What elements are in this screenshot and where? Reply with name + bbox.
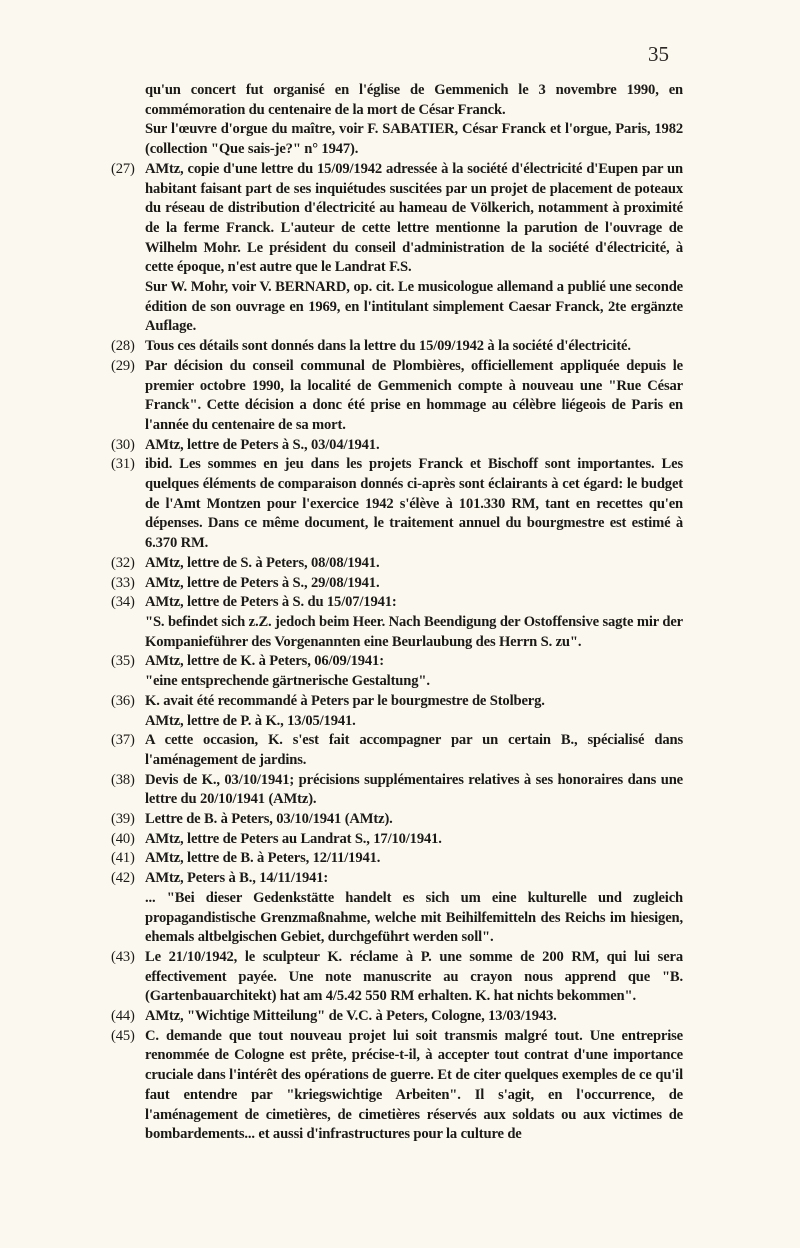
footnote-number: (31) — [111, 455, 145, 554]
footnote-number: (42) — [111, 869, 145, 948]
footnote-paragraph: AMtz, copie d'une lettre du 15/09/1942 a… — [145, 160, 683, 278]
footnote-number: (39) — [111, 810, 145, 830]
footnote-number: (28) — [111, 337, 145, 357]
footnote-paragraph: Le 21/10/1942, le sculpteur K. réclame à… — [145, 948, 683, 1007]
footnote-paragraph: "eine entsprechende gärtnerische Gestalt… — [145, 672, 683, 692]
footnote: (36)K. avait été recommandé à Peters par… — [111, 692, 683, 731]
footnote-number: (37) — [111, 731, 145, 770]
footnote: (31)ibid. Les sommes en jeu dans les pro… — [111, 455, 683, 554]
footnote-number: (30) — [111, 436, 145, 456]
footnote-paragraph: qu'un concert fut organisé en l'église d… — [145, 81, 683, 120]
footnote-paragraph: ibid. Les sommes en jeu dans les projets… — [145, 455, 683, 554]
footnote-number: (38) — [111, 771, 145, 810]
footnote: (30)AMtz, lettre de Peters à S., 03/04/1… — [111, 436, 683, 456]
footnote-number: (32) — [111, 554, 145, 574]
footnote-number: (27) — [111, 160, 145, 337]
footnote-text: Tous ces détails sont donnés dans la let… — [145, 337, 683, 357]
footnote-paragraph: Par décision du conseil communal de Plom… — [145, 357, 683, 436]
footnote-number: (33) — [111, 574, 145, 594]
footnotes-block: qu'un concert fut organisé en l'église d… — [111, 81, 683, 1145]
footnote-paragraph: Devis de K., 03/10/1941; précisions supp… — [145, 771, 683, 810]
footnote: (37)A cette occasion, K. s'est fait acco… — [111, 731, 683, 770]
footnote: (35)AMtz, lettre de K. à Peters, 06/09/1… — [111, 652, 683, 691]
footnote-number: (29) — [111, 357, 145, 436]
footnote-number: (45) — [111, 1027, 145, 1145]
footnote-paragraph: Sur W. Mohr, voir V. BERNARD, op. cit. L… — [145, 278, 683, 337]
footnote-paragraph: C. demande que tout nouveau projet lui s… — [145, 1027, 683, 1145]
footnote-text: AMtz, lettre de Peters au Landrat S., 17… — [145, 830, 683, 850]
footnote-text: Le 21/10/1942, le sculpteur K. réclame à… — [145, 948, 683, 1007]
footnote-paragraph: AMtz, lettre de Peters à S., 03/04/1941. — [145, 436, 683, 456]
footnote-number: (41) — [111, 849, 145, 869]
footnote: (28)Tous ces détails sont donnés dans la… — [111, 337, 683, 357]
footnote-paragraph: Tous ces détails sont donnés dans la let… — [145, 337, 683, 357]
footnote-number: (35) — [111, 652, 145, 691]
footnote-number: (43) — [111, 948, 145, 1007]
footnote-text: AMtz, lettre de K. à Peters, 06/09/1941:… — [145, 652, 683, 691]
footnote-paragraph: AMtz, lettre de Peters à S., 29/08/1941. — [145, 574, 683, 594]
footnote-text: AMtz, Peters à B., 14/11/1941:... "Bei d… — [145, 869, 683, 948]
footnote-paragraph: Sur l'œuvre d'orgue du maître, voir F. S… — [145, 120, 683, 159]
footnote: (44)AMtz, "Wichtige Mitteilung" de V.C. … — [111, 1007, 683, 1027]
footnote-paragraph: A cette occasion, K. s'est fait accompag… — [145, 731, 683, 770]
footnote-text: AMtz, lettre de Peters à S. du 15/07/194… — [145, 593, 683, 652]
footnote-paragraph: K. avait été recommandé à Peters par le … — [145, 692, 683, 712]
footnote: (39)Lettre de B. à Peters, 03/10/1941 (A… — [111, 810, 683, 830]
footnote-paragraph: AMtz, lettre de S. à Peters, 08/08/1941. — [145, 554, 683, 574]
footnote-text: K. avait été recommandé à Peters par le … — [145, 692, 683, 731]
footnote-text: AMtz, lettre de Peters à S., 03/04/1941. — [145, 436, 683, 456]
footnote-paragraph: AMtz, lettre de P. à K., 13/05/1941. — [145, 712, 683, 732]
continued-footnote: qu'un concert fut organisé en l'église d… — [145, 81, 683, 160]
footnote-text: ibid. Les sommes en jeu dans les projets… — [145, 455, 683, 554]
footnote-number: (44) — [111, 1007, 145, 1027]
footnote-text: Devis de K., 03/10/1941; précisions supp… — [145, 771, 683, 810]
footnote-list: (27)AMtz, copie d'une lettre du 15/09/19… — [111, 160, 683, 1145]
footnote: (33)AMtz, lettre de Peters à S., 29/08/1… — [111, 574, 683, 594]
footnote: (43)Le 21/10/1942, le sculpteur K. récla… — [111, 948, 683, 1007]
footnote: (27)AMtz, copie d'une lettre du 15/09/19… — [111, 160, 683, 337]
footnote-paragraph: AMtz, Peters à B., 14/11/1941: — [145, 869, 683, 889]
page-number: 35 — [648, 42, 669, 67]
footnote-text: A cette occasion, K. s'est fait accompag… — [145, 731, 683, 770]
footnote-text: AMtz, lettre de S. à Peters, 08/08/1941. — [145, 554, 683, 574]
footnote-paragraph: AMtz, lettre de K. à Peters, 06/09/1941: — [145, 652, 683, 672]
footnote-paragraph: AMtz, lettre de Peters à S. du 15/07/194… — [145, 593, 683, 613]
footnote-text: C. demande que tout nouveau projet lui s… — [145, 1027, 683, 1145]
footnote-paragraph: AMtz, "Wichtige Mitteilung" de V.C. à Pe… — [145, 1007, 683, 1027]
footnote-paragraph: ... "Bei dieser Gedenkstätte handelt es … — [145, 889, 683, 948]
footnote: (38)Devis de K., 03/10/1941; précisions … — [111, 771, 683, 810]
footnote-text: AMtz, copie d'une lettre du 15/09/1942 a… — [145, 160, 683, 337]
footnote: (42)AMtz, Peters à B., 14/11/1941:... "B… — [111, 869, 683, 948]
footnote-text: AMtz, lettre de Peters à S., 29/08/1941. — [145, 574, 683, 594]
footnote-paragraph: AMtz, lettre de B. à Peters, 12/11/1941. — [145, 849, 683, 869]
footnote-number: (36) — [111, 692, 145, 731]
footnote-number: (40) — [111, 830, 145, 850]
footnote-text: AMtz, "Wichtige Mitteilung" de V.C. à Pe… — [145, 1007, 683, 1027]
footnote: (45)C. demande que tout nouveau projet l… — [111, 1027, 683, 1145]
footnote-text: AMtz, lettre de B. à Peters, 12/11/1941. — [145, 849, 683, 869]
footnote: (32)AMtz, lettre de S. à Peters, 08/08/1… — [111, 554, 683, 574]
footnote-text: Par décision du conseil communal de Plom… — [145, 357, 683, 436]
footnote: (41)AMtz, lettre de B. à Peters, 12/11/1… — [111, 849, 683, 869]
footnote-paragraph: "S. befindet sich z.Z. jedoch beim Heer.… — [145, 613, 683, 652]
footnote-paragraph: Lettre de B. à Peters, 03/10/1941 (AMtz)… — [145, 810, 683, 830]
footnote-paragraph: AMtz, lettre de Peters au Landrat S., 17… — [145, 830, 683, 850]
footnote: (34)AMtz, lettre de Peters à S. du 15/07… — [111, 593, 683, 652]
footnote: (29)Par décision du conseil communal de … — [111, 357, 683, 436]
footnote-number: (34) — [111, 593, 145, 652]
footnote-text: Lettre de B. à Peters, 03/10/1941 (AMtz)… — [145, 810, 683, 830]
footnote: (40)AMtz, lettre de Peters au Landrat S.… — [111, 830, 683, 850]
